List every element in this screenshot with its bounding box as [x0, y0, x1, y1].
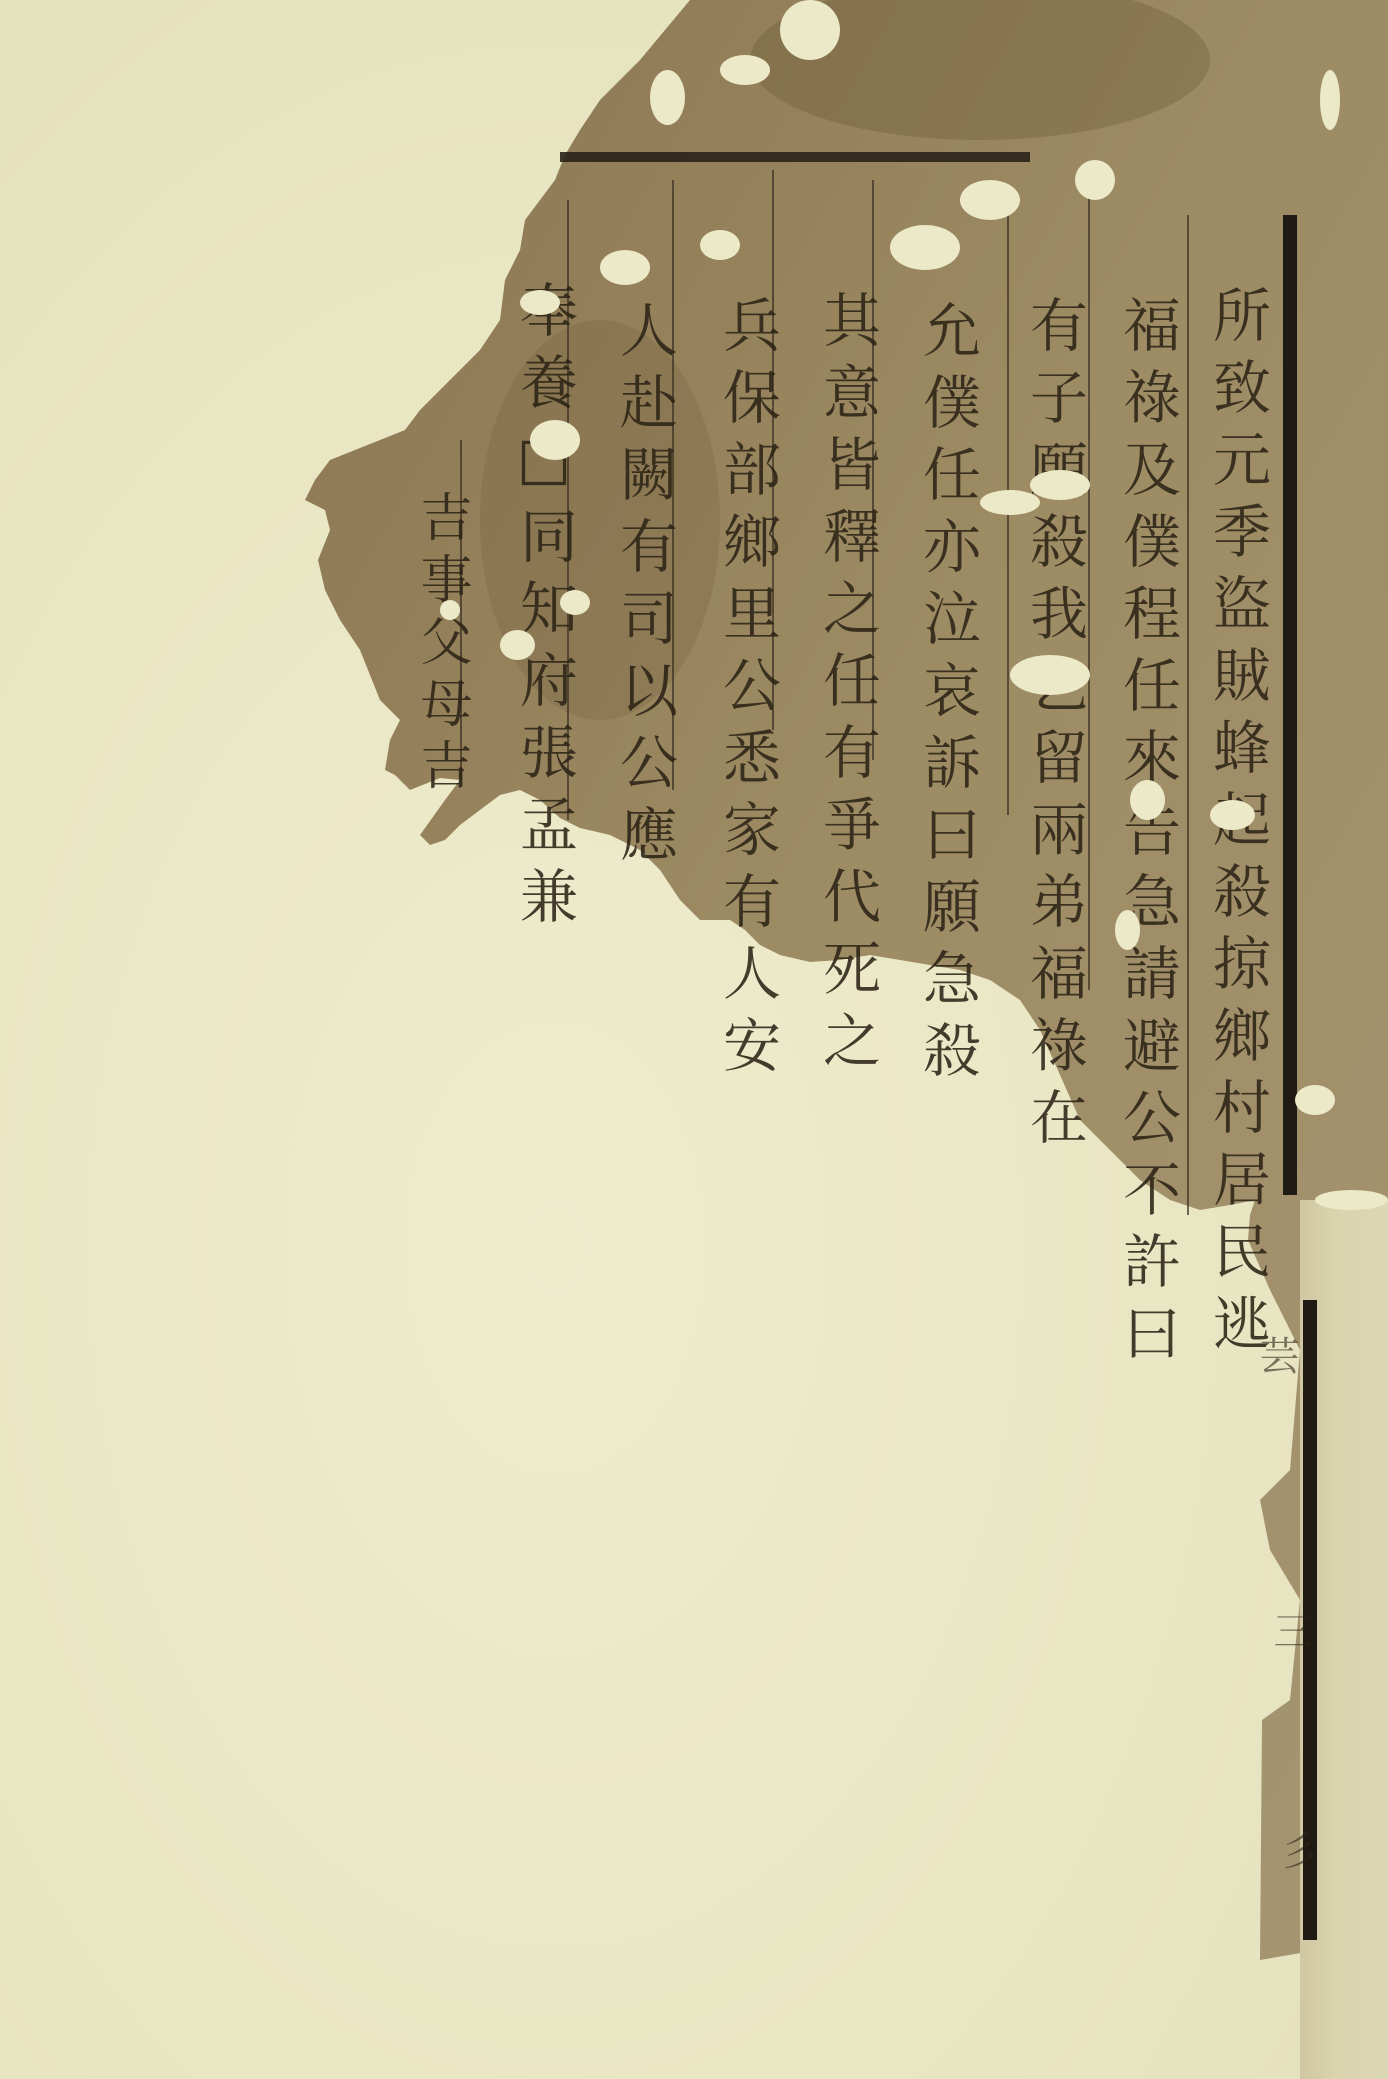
hole	[440, 600, 460, 620]
hole	[1130, 780, 1165, 820]
hole	[530, 420, 580, 460]
hole	[500, 630, 535, 660]
hole	[600, 250, 650, 285]
hole	[720, 55, 770, 85]
paper-losses	[0, 0, 1388, 2079]
hole	[700, 230, 740, 260]
hole	[960, 180, 1020, 220]
hole	[1075, 160, 1115, 200]
hole	[1295, 1085, 1335, 1115]
hole	[1030, 470, 1090, 500]
hole	[520, 290, 560, 315]
hole	[1010, 655, 1090, 695]
hole	[1115, 910, 1140, 950]
hole	[560, 590, 590, 615]
hole	[890, 225, 960, 270]
hole	[1315, 1190, 1388, 1210]
hole	[650, 70, 685, 125]
hole	[980, 490, 1040, 515]
hole	[780, 0, 840, 60]
hole	[1210, 800, 1255, 830]
hole	[1320, 70, 1340, 130]
